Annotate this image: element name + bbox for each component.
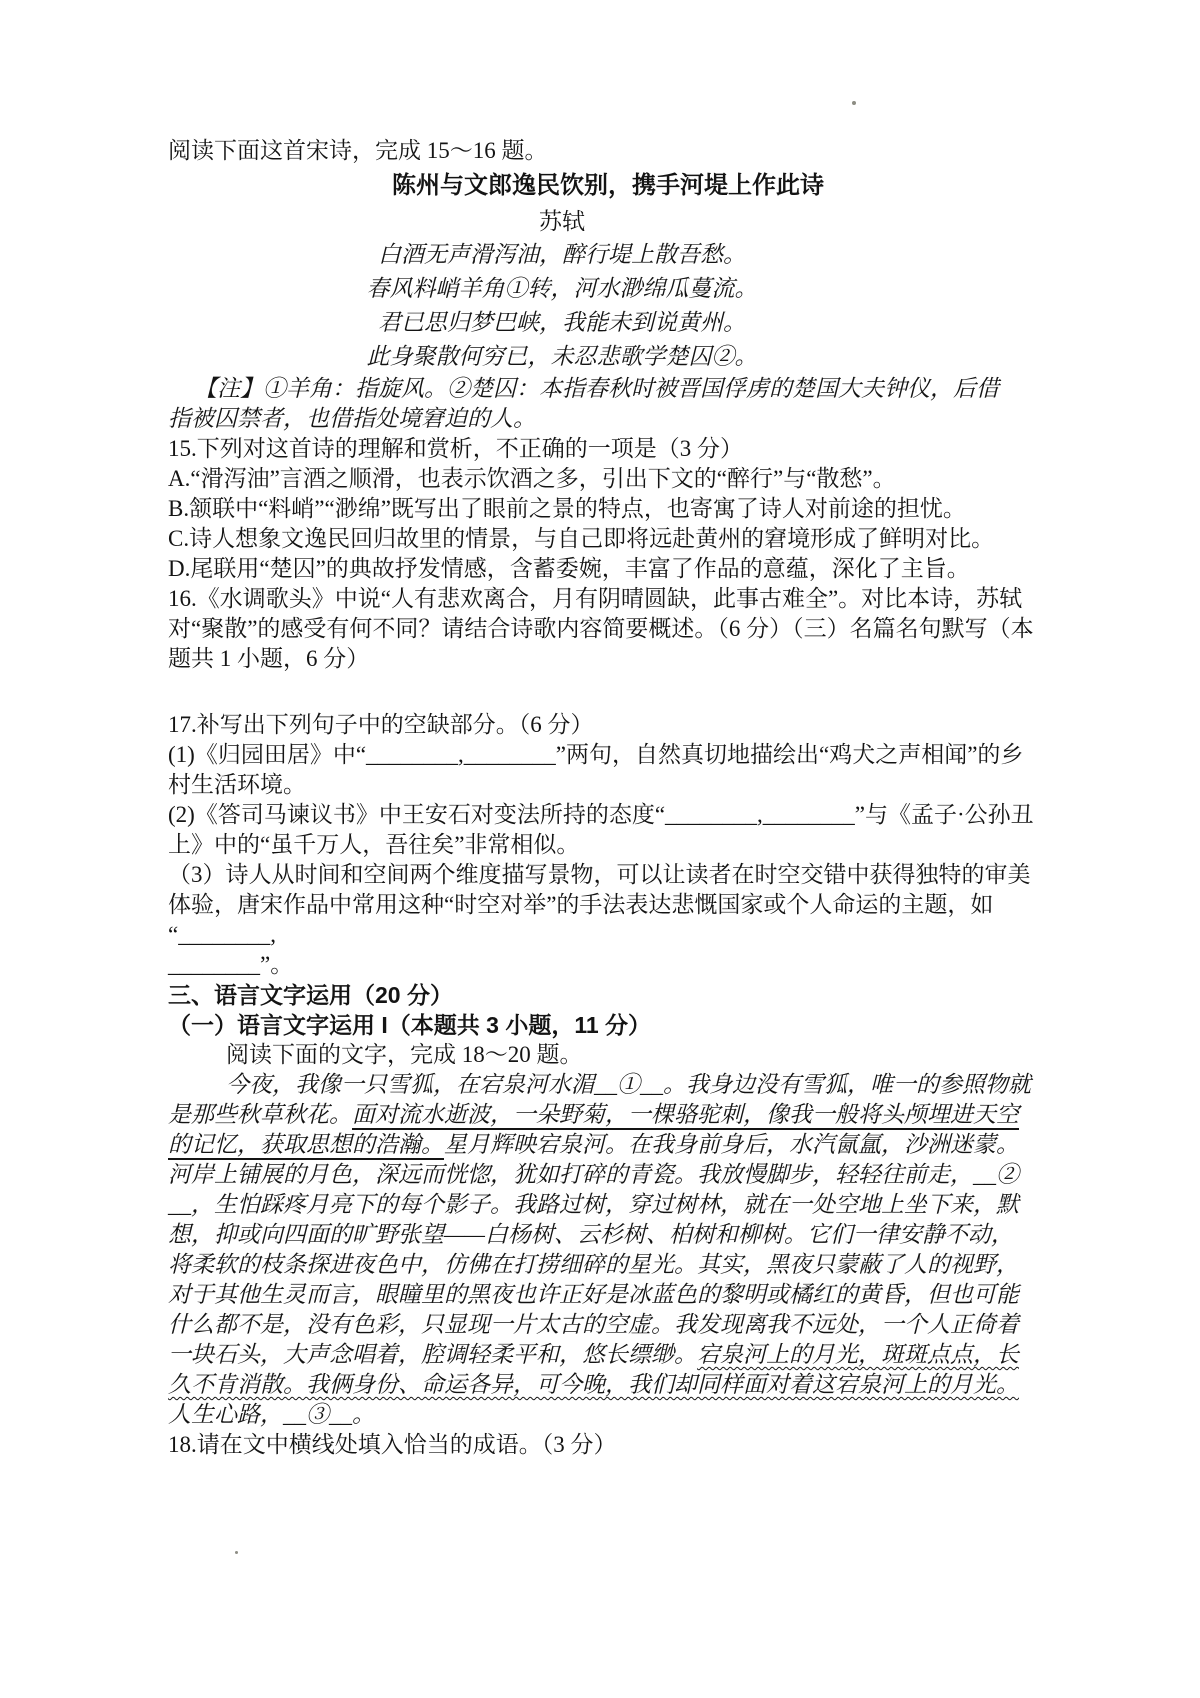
question16-line: 对“聚散”的感受有何不同？请结合诗歌内容简要概述。（6 分）（三）名篇名句默写（…	[168, 614, 1048, 644]
reading-prompt-passage: 阅读下面的文字，完成 18～20 题。	[168, 1040, 1048, 1070]
scan-speck	[235, 1551, 238, 1554]
question15-stem: 15.下列对这首诗的理解和赏析，不正确的一项是（3 分）	[168, 434, 1048, 464]
question17-item3-blank-line: “________,	[168, 920, 1048, 950]
question17-item3-line: 体验，唐宋作品中常用这种“时空对举”的手法表达悲慨国家或个人命运的主题，如	[168, 890, 1048, 920]
question17-item2-line: (2)《答司马谏议书》中王安石对变法所持的态度“________,_______…	[168, 800, 1048, 830]
passage-wavy-underlined-segment: 宕泉河上的月光，斑斑点点，长	[697, 1342, 1019, 1367]
question15-option-a: A.“滑泻油”言酒之顺滑，也表示饮酒之多，引出下文的“醉行”与“散愁”。	[168, 464, 1048, 494]
passage-plain-segment: 星月辉映宕泉河。在我身前身后，水汽氤氲，沙洲迷蒙。	[444, 1132, 1019, 1157]
question16-line: 16.《水调歌头》中说“人有悲欢离合，月有阴晴圆缺，此事古难全”。对比本诗，苏轼	[168, 584, 1048, 614]
passage-underlined-segment: 的记忆，获取思想的浩瀚。	[168, 1132, 444, 1157]
passage-line: 的记忆，获取思想的浩瀚。星月辉映宕泉河。在我身前身后，水汽氤氲，沙洲迷蒙。	[168, 1130, 1048, 1160]
question17-item3-blank-line: ________”。	[168, 950, 1048, 980]
question18-stem: 18.请在文中横线处填入恰当的成语。（3 分）	[168, 1430, 1048, 1460]
passage-line: 对于其他生灵而言，眼瞳里的黑夜也许正好是冰蓝色的黎明或橘红的黄昏，但也可能	[168, 1280, 1048, 1310]
subsection-heading: （一）语言文字运用 I（本题共 3 小题，11 分）	[168, 1010, 1048, 1040]
poem-line: 白酒无声滑泻油，醉行堤上散吾愁。	[168, 238, 1048, 272]
section-heading: 三、语言文字运用（20 分）	[168, 980, 1048, 1010]
question16-line: 题共 1 小题，6 分）	[168, 644, 1048, 674]
question17-item2-line: 上》中的“虽千万人，吾往矣”非常相似。	[168, 830, 1048, 860]
passage-line: 今夜，我像一只雪狐，在宕泉河水湄__①__。我身边没有雪狐，唯一的参照物就	[168, 1070, 1048, 1100]
passage-line: 一块石头，大声念唱着，腔调轻柔平和，悠长缥缈。宕泉河上的月光，斑斑点点，长	[168, 1340, 1048, 1370]
passage-underlined-segment: 面对流水逝波，一朵野菊，一棵骆驼刺，像我一般将头颅埋进天空	[352, 1102, 1019, 1127]
question15-option-c: C.诗人想象文逸民回归故里的情景，与自己即将远赴黄州的窘境形成了鲜明对比。	[168, 524, 1048, 554]
passage-wavy-underlined-segment: 久不肯消散。我俩身份、命运各异，可今晚，我们却同样面对着这宕泉河上的月光。	[168, 1372, 1019, 1397]
question15-option-d: D.尾联用“楚囚”的典故抒发情感，含蓄委婉，丰富了作品的意蕴，深化了主旨。	[168, 554, 1048, 584]
question17-item1-line: 村生活环境。	[168, 770, 1048, 800]
question15-option-b: B.颔联中“料峭”“渺绵”既写出了眼前之景的特点，也寄寓了诗人对前途的担忧。	[168, 494, 1048, 524]
passage-line: 人生心路，__③__。	[168, 1400, 1048, 1430]
passage-plain-segment: 是那些秋草秋花。	[168, 1102, 352, 1127]
poem-line: 春风料峭羊角①转，河水渺绵瓜蔓流。	[168, 272, 1048, 306]
passage-line: 将柔软的枝条探进夜色中，仿佛在打捞细碎的星光。其实，黑夜只蒙蔽了人的视野，	[168, 1250, 1048, 1280]
passage-line: __，生怕踩疼月亮下的每个影子。我路过树，穿过树林，就在一处空地上坐下来，默	[168, 1190, 1048, 1220]
poem-note-line: 【注】①羊角：指旋风。②楚囚：本指春秋时被晋国俘虏的楚国大夫钟仪，后借	[168, 374, 1048, 404]
question17-item3-line: （3）诗人从时间和空间两个维度描写景物，可以让读者在时空交错中获得独特的审美	[168, 860, 1048, 890]
passage-line: 河岸上铺展的月色，深远而恍惚，犹如打碎的青瓷。我放慢脚步，轻轻往前走，__②	[168, 1160, 1048, 1190]
poem-author: 苏轼	[168, 206, 1048, 238]
poem-note-line: 指被囚禁者，也借指处境窘迫的人。	[168, 404, 1048, 434]
scan-speck	[852, 101, 856, 105]
passage-line: 久不肯消散。我俩身份、命运各异，可今晚，我们却同样面对着这宕泉河上的月光。	[168, 1370, 1048, 1400]
passage-line: 是那些秋草秋花。面对流水逝波，一朵野菊，一棵骆驼刺，像我一般将头颅埋进天空	[168, 1100, 1048, 1130]
passage-line: 想，抑或向四面的旷野张望——白杨树、云杉树、柏树和柳树。它们一律安静不动，	[168, 1220, 1048, 1250]
poem-title: 陈州与文郎逸民饮别，携手河堤上作此诗	[168, 166, 1048, 206]
exam-content: 阅读下面这首宋诗，完成 15～16 题。 陈州与文郎逸民饮别，携手河堤上作此诗 …	[168, 136, 1048, 1460]
passage-line: 什么都不是，没有色彩，只显现一片太古的空虚。我发现离我不远处，一个人正倚着	[168, 1310, 1048, 1340]
exam-paper-page: 阅读下面这首宋诗，完成 15～16 题。 陈州与文郎逸民饮别，携手河堤上作此诗 …	[0, 0, 1200, 1698]
reading-prompt-poetry: 阅读下面这首宋诗，完成 15～16 题。	[168, 136, 1048, 166]
question17-item1-line: (1)《归园田居》中“________,________”两句，自然真切地描绘出…	[168, 740, 1048, 770]
poem-line: 君已思归梦巴峡，我能未到说黄州。	[168, 306, 1048, 340]
poem-line: 此身聚散何穷已，未忍悲歌学楚囚②。	[168, 340, 1048, 374]
blank-gap	[168, 674, 1048, 710]
question17-stem: 17.补写出下列句子中的空缺部分。（6 分）	[168, 710, 1048, 740]
passage-plain-segment: 一块石头，大声念唱着，腔调轻柔平和，悠长缥缈。	[168, 1342, 697, 1367]
